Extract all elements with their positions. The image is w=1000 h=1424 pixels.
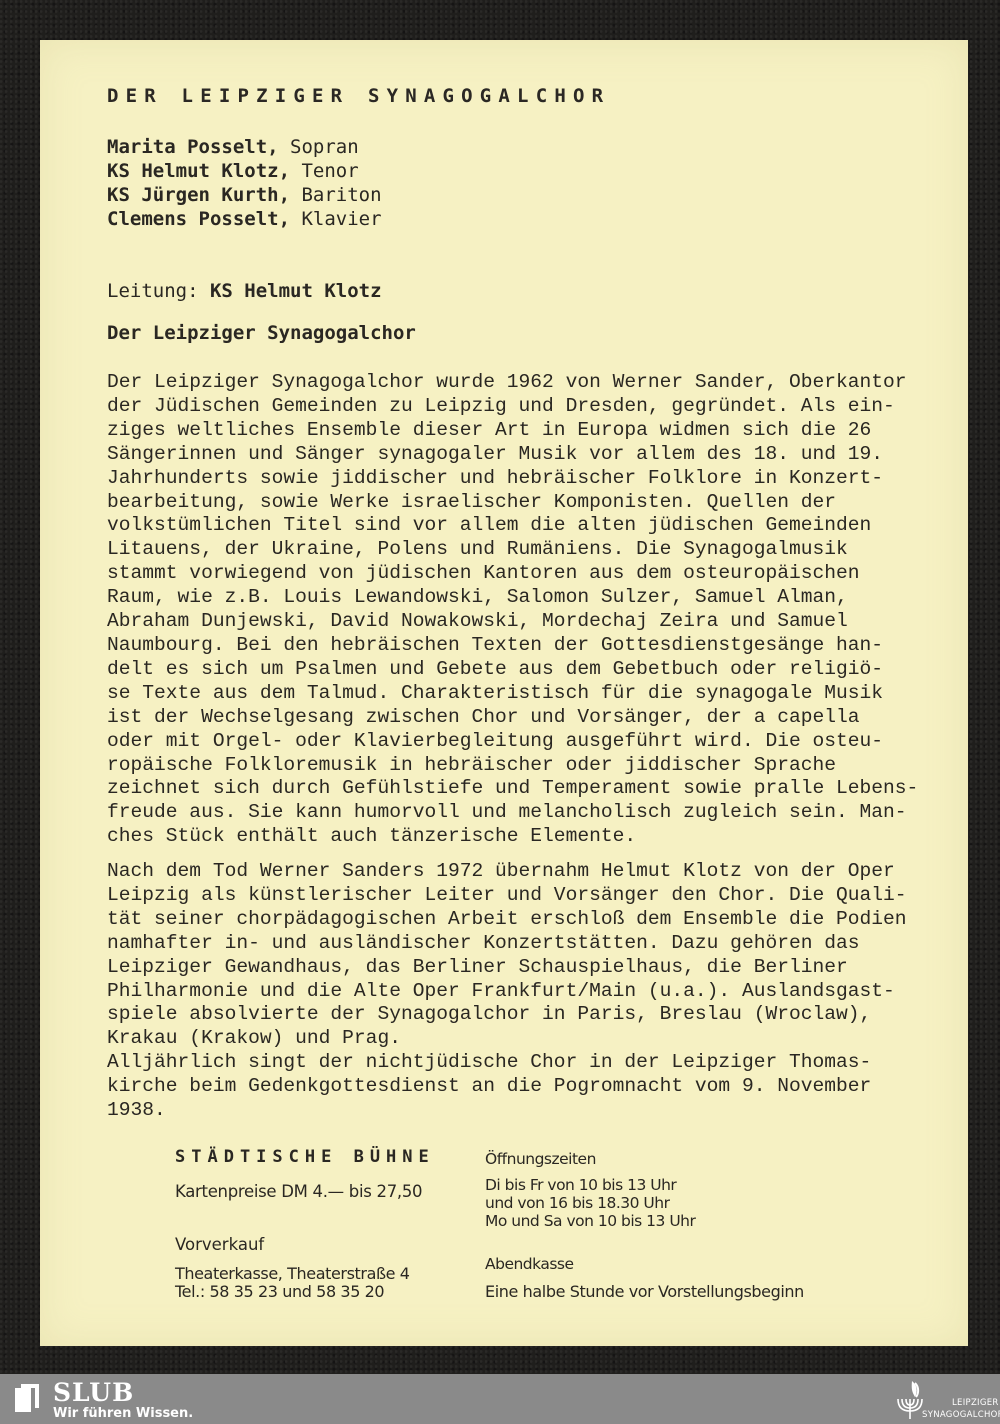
opening-hours-label: Öffnungszeiten: [485, 1150, 596, 1168]
paragraph-history: Der Leipziger Synagogalchor wurde 1962 v…: [107, 371, 937, 849]
vorverkauf-label: Vorverkauf: [175, 1235, 264, 1254]
abendkasse-label: Abendkasse: [485, 1255, 574, 1273]
leitung-line: Leitung: KS Helmut Klotz: [107, 280, 382, 302]
opening-hours: Di bis Fr von 10 bis 13 Uhr und von 16 b…: [485, 1176, 695, 1230]
paragraph-leadership: Nach dem Tod Werner Sanders 1972 übernah…: [107, 860, 937, 1123]
cast-member: KS Jürgen Kurth, Bariton: [107, 183, 382, 207]
cast-member: KS Helmut Klotz, Tenor: [107, 159, 382, 183]
menorah-flame-icon: [895, 1379, 925, 1421]
venue-name: STÄDTISCHE BÜHNE: [175, 1147, 435, 1167]
abendkasse-text: Eine halbe Stunde vor Vorstellungsbeginn: [485, 1282, 804, 1301]
document-page: DER LEIPZIGER SYNAGOGALCHOR Marita Posse…: [40, 40, 968, 1346]
slub-brand[interactable]: SLUB: [53, 1378, 134, 1407]
collection-name: Leipziger Synagogalchor: [922, 1397, 1000, 1421]
cast-member: Clemens Posselt, Klavier: [107, 207, 382, 231]
slub-logo-icon[interactable]: [13, 1382, 43, 1414]
cast-list: Marita Posselt, Sopran KS Helmut Klotz, …: [107, 135, 382, 231]
section-heading: Der Leipziger Synagogalchor: [107, 322, 416, 344]
ticket-prices: Kartenpreise DM 4.— bis 27,50: [175, 1182, 422, 1201]
cast-member: Marita Posselt, Sopran: [107, 135, 382, 159]
vorverkauf-details: Theaterkasse, Theaterstraße 4 Tel.: 58 3…: [175, 1265, 410, 1301]
viewer-footer-bar: SLUB Wir führen Wissen. Leipziger Synago…: [0, 1374, 1000, 1424]
slub-tagline: Wir führen Wissen.: [53, 1406, 193, 1421]
document-title: DER LEIPZIGER SYNAGOGALCHOR: [107, 85, 610, 107]
